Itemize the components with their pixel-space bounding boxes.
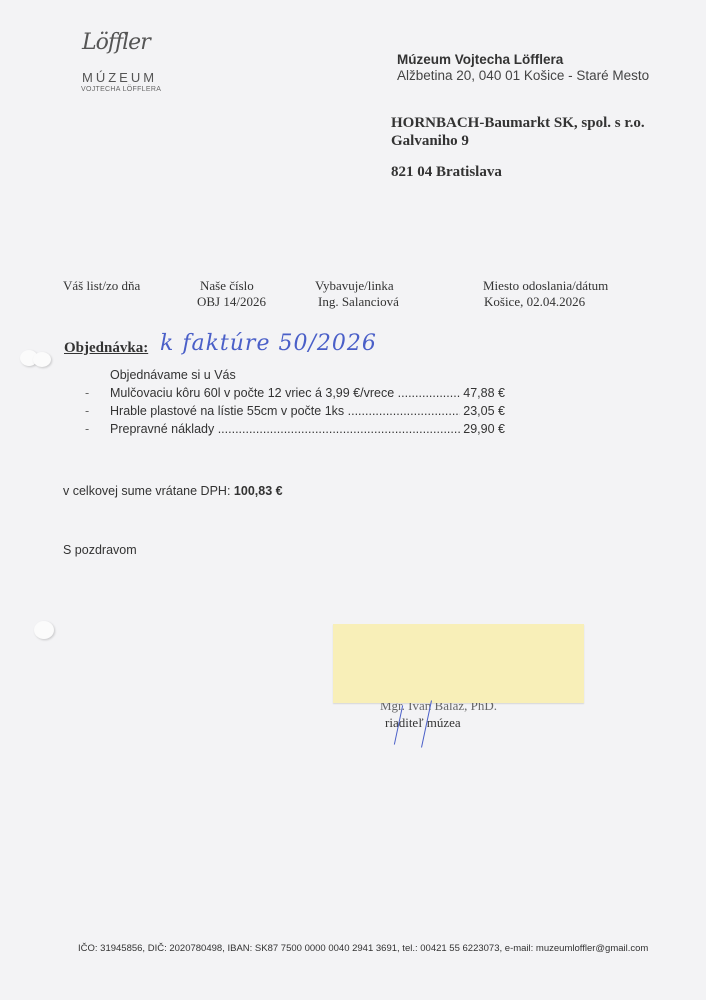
order-item: - Mulčovaciu kôru 60l v počte 12 vriec á… [85,384,505,402]
item-description: Mulčovaciu kôru 60l v počte 12 vriec á 3… [110,384,460,402]
punch-hole [33,352,51,367]
bullet-dash: - [85,402,110,420]
item-price: 23,05 € [460,402,505,420]
order-items: - Mulčovaciu kôru 60l v počte 12 vriec á… [85,384,505,438]
place-date-value: Košice, 02.04.2026 [484,294,585,310]
footer-contact: IČO: 31945856, DIČ: 2020780498, IBAN: SK… [78,943,648,954]
our-number-value: OBJ 14/2026 [197,294,266,310]
item-price: 47,88 € [460,384,505,402]
recipient-company: HORNBACH-Baumarkt SK, spol. s r.o. [391,115,645,132]
place-date-label: Miesto odoslania/dátum [483,278,608,294]
item-price: 29,90 € [460,420,505,438]
sticky-note [333,624,584,703]
order-item: - Hrable plastové na lístie 55cm v počte… [85,402,505,420]
order-total: v celkovej sume vrátane DPH: 100,83 € [63,484,283,498]
bullet-dash: - [85,384,110,402]
recipient-street: Galvaniho 9 [391,133,469,150]
handwritten-note: k faktúre 50/2026 [160,331,377,356]
item-description: Hrable plastové na lístie 55cm v počte 1… [110,402,460,420]
sender-name: Múzeum Vojtecha Löfflera [397,52,563,67]
greeting: S pozdravom [63,543,137,557]
logo-subtitle: VOJTECHA LÖFFLERA [81,86,161,93]
sender-address: Alžbetina 20, 040 01 Košice - Staré Mest… [397,68,649,83]
punch-hole [34,621,54,639]
total-label: v celkovej sume vrátane DPH: [63,484,230,498]
handled-by-value: Ing. Salanciová [318,294,399,310]
bullet-dash: - [85,420,110,438]
order-intro: Objednávame si u Vás [110,368,236,382]
order-label: Objednávka: [64,340,148,357]
logo-title: MÚZEUM [82,70,157,85]
your-letter-label: Váš list/zo dňa [63,278,140,294]
total-value: 100,83 € [234,484,283,498]
order-item: - Prepravné náklady ....................… [85,420,505,438]
logo-signature: Löffler [82,30,150,55]
our-number-label: Naše číslo [200,278,254,294]
item-description: Prepravné náklady ......................… [110,420,460,438]
recipient-city: 821 04 Bratislava [391,164,502,181]
handled-by-label: Vybavuje/linka [315,278,394,294]
